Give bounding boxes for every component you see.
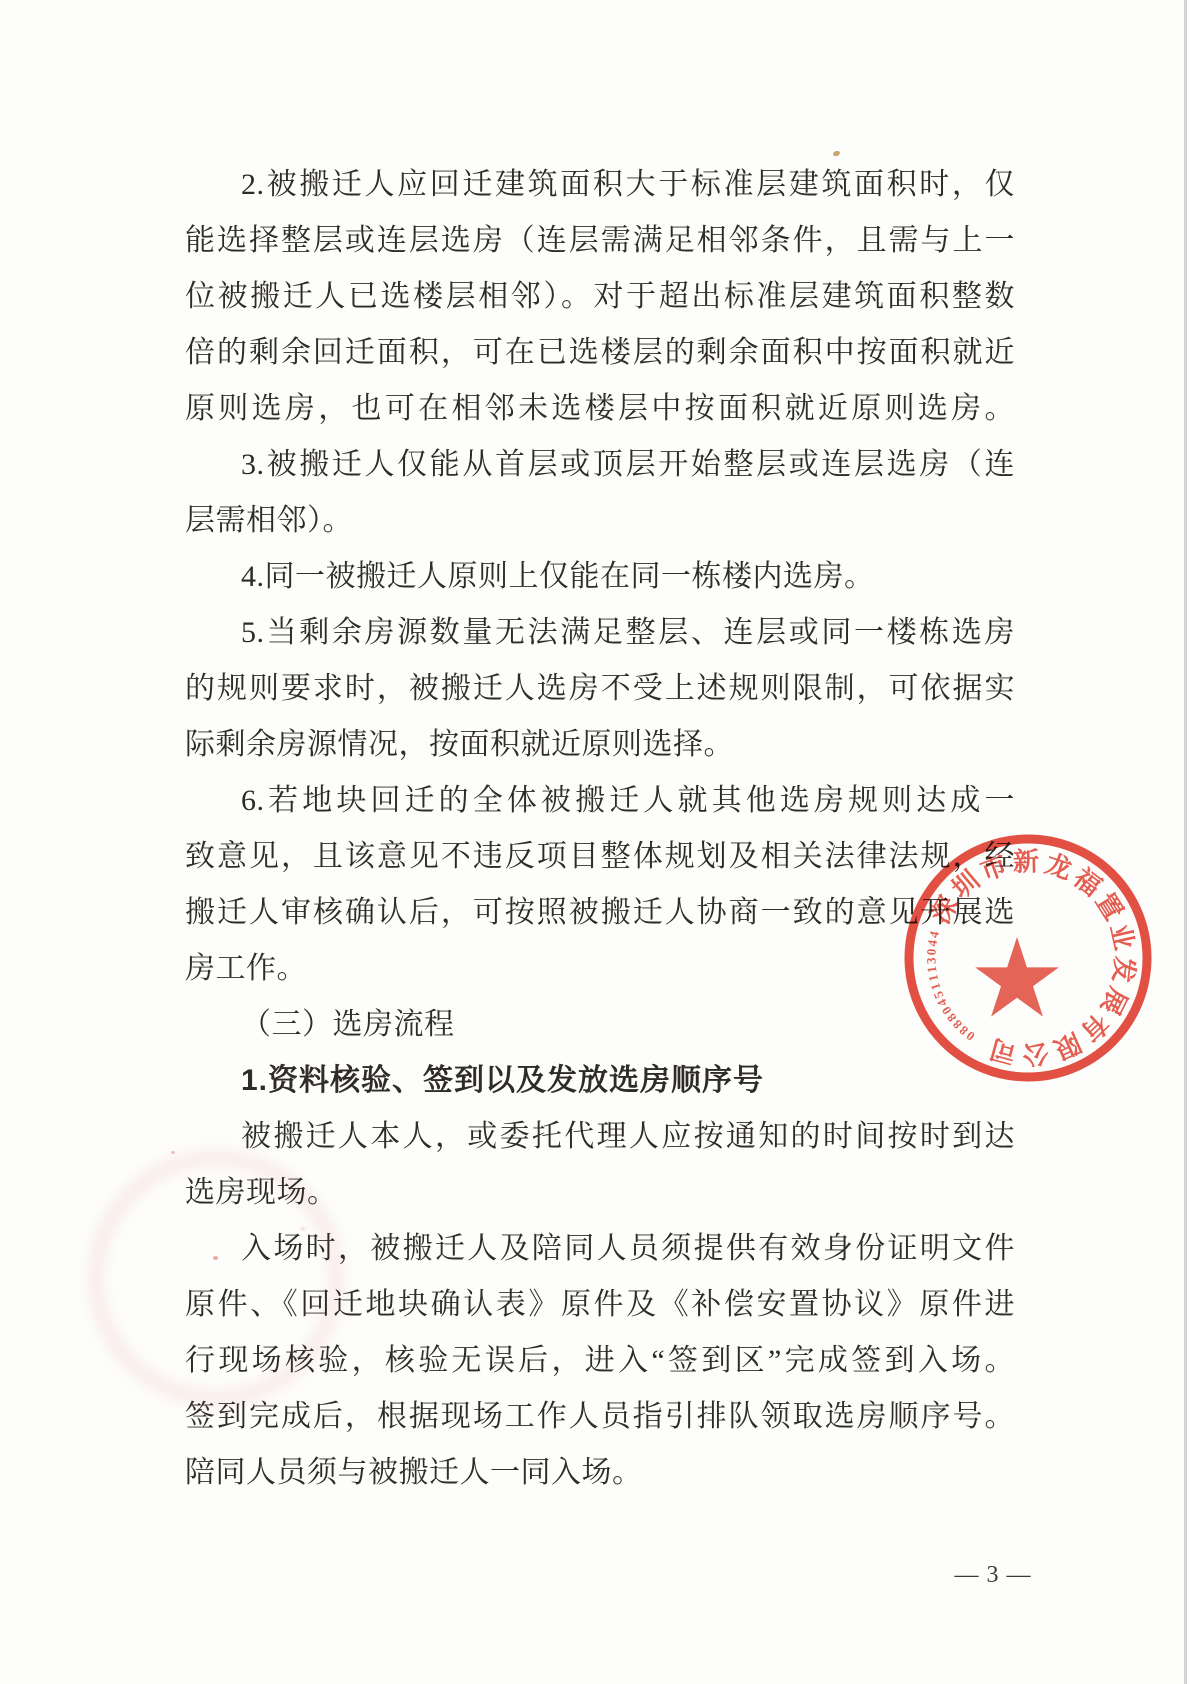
body-text: 2.被搬迁人应回迁建筑面积大于标准层建筑面积时，仅能选择整层或连层选房（连层需满…: [185, 157, 1015, 1501]
svg-text:新: 新: [1013, 847, 1040, 877]
svg-text:市: 市: [977, 850, 1012, 886]
star-icon: [975, 937, 1059, 1017]
text-line-8: 4.同一被搬迁人原则上仅能在同一栋楼内选房。: [185, 549, 1015, 605]
ink-speck: [171, 1151, 175, 1154]
text-line-21: 原件、《回迁地块确认表》原件及《补偿安置协议》原件进: [185, 1277, 1015, 1333]
svg-text:业: 业: [1105, 921, 1139, 953]
text-line-11: 际剩余房源情况，按面积就近原则选择。: [185, 717, 1015, 773]
text-line-15: 房工作。: [185, 941, 1015, 997]
svg-text:限: 限: [1050, 1027, 1086, 1064]
text-line-22: 行现场核验，核验无误后，进入“签到区”完成签到入场。: [185, 1333, 1015, 1389]
text-line-23: 签到完成后，根据现场工作人员指引排队领取选房顺序号。: [185, 1389, 1015, 1445]
page-edge-shadow: [1184, 0, 1187, 1684]
svg-text:1: 1: [925, 973, 941, 982]
text-line-9: 5.当剩余房源数量无法满足整层、连层或同一楼栋选房: [185, 605, 1015, 661]
text-line-7: 层需相邻）。: [185, 493, 1015, 549]
svg-text:司: 司: [987, 1033, 1020, 1068]
svg-text:1: 1: [924, 965, 940, 973]
text-line-19: 选房现场。: [185, 1165, 1015, 1221]
company-seal: 深圳市新龙福置业发展有限公司 44031115408880: [902, 832, 1154, 1084]
text-line-18: 被搬迁人本人，或委托代理人应按通知的时间按时到达: [185, 1109, 1015, 1165]
page-number: — 3 —: [938, 1562, 1048, 1589]
svg-text:0: 0: [924, 948, 939, 955]
text-line-10: 的规则要求时，被搬迁人选房不受上述规则限制，可依据实: [185, 661, 1015, 717]
svg-text:置: 置: [1090, 888, 1128, 925]
svg-text:3: 3: [923, 957, 938, 964]
svg-text:公: 公: [1022, 1038, 1050, 1069]
ink-speck: [832, 150, 840, 157]
text-line-2: 能选择整层或连层选房（连层需满足相邻条件，且需与上一: [185, 213, 1015, 269]
text-line-16: （三）选房流程: [185, 997, 1015, 1053]
text-line-24: 陪同人员须与被搬迁人一同入场。: [185, 1445, 1015, 1501]
text-line-5: 原则选房，也可在相邻未选楼层中按面积就近原则选房。: [185, 381, 1015, 437]
text-line-12: 6.若地块回迁的全体被搬迁人就其他选房规则达成一: [185, 773, 1015, 829]
svg-text:发: 发: [1107, 955, 1140, 984]
text-line-13: 致意见，且该意见不违反项目整体规划及相关法律法规，经: [185, 829, 1015, 885]
text-line-17: 1.资料核验、签到以及发放选房顺序号: [185, 1053, 1015, 1109]
text-line-1: 2.被搬迁人应回迁建筑面积大于标准层建筑面积时，仅: [185, 157, 1015, 213]
text-line-6: 3.被搬迁人仅能从首层或顶层开始整层或连层选房（连: [185, 437, 1015, 493]
text-line-20: 入场时，被搬迁人及陪同人员须提供有效身份证明文件: [185, 1221, 1015, 1277]
document-page: 2.被搬迁人应回迁建筑面积大于标准层建筑面积时，仅能选择整层或连层选房（连层需满…: [0, 0, 1190, 1684]
svg-text:龙: 龙: [1041, 849, 1075, 885]
text-line-14: 搬迁人审核确认后，可按照被搬迁人协商一致的意见开展选: [185, 885, 1015, 941]
svg-text:4: 4: [926, 929, 942, 939]
text-line-3: 位被搬迁人已选楼层相邻）。对于超出标准层建筑面积整数: [185, 269, 1015, 325]
text-line-4: 倍的剩余回迁面积，可在已选楼层的剩余面积中按面积就近: [185, 325, 1015, 381]
